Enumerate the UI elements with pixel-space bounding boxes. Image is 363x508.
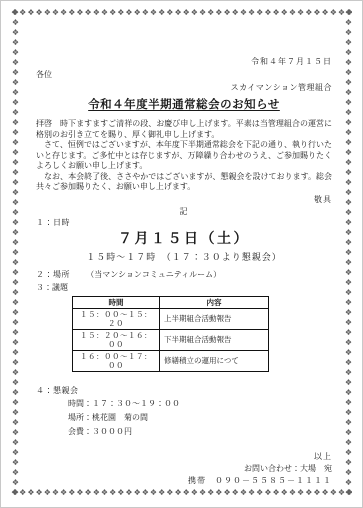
agenda-header-content: 内容 <box>160 296 269 308</box>
section-datetime-label: １：日時 <box>36 218 332 228</box>
section-agenda-label: ３：議題 <box>36 283 332 293</box>
agenda-header-row: 時間 内容 <box>73 296 269 308</box>
issue-date: 令和４年７月１５日 <box>36 57 332 67</box>
greeting-paragraph: 拝啓 時下ますますご清祥の段、お慶び申し上げます。平素は当管理組合の運営に格別の… <box>36 119 332 140</box>
closing-ijou: 以上 <box>36 452 332 462</box>
agenda-table: 時間 内容 １５：００～１５：２０ 上半期組合活動報告 １５：２０～１６：００ … <box>72 296 269 372</box>
agenda-content-cell: 修繕積立の運用につて <box>160 350 269 371</box>
section-konshinkai-label: ４：懇親会 <box>36 386 332 396</box>
agenda-time-cell: １５：２０～１６：００ <box>73 329 160 350</box>
document-page: ❖❖❖❖❖❖❖❖❖❖❖❖❖❖❖❖❖❖❖❖❖❖❖❖❖❖❖❖❖❖❖❖❖❖❖❖❖❖❖❖… <box>0 0 363 508</box>
contact-phone: 携帯 ０９０－５５８５－１１１１ <box>36 476 332 486</box>
sender-organization: スカイマンション管理組合 <box>36 83 332 93</box>
border-ornament-right: ❖❖❖❖❖❖❖❖❖❖❖❖❖❖❖❖❖❖❖❖❖❖❖❖❖❖❖❖❖❖❖❖❖❖❖❖❖❖❖❖… <box>343 8 353 498</box>
agenda-time-cell: １５：００～１５：２０ <box>73 308 160 329</box>
recipient: 各位 <box>36 70 332 80</box>
document-title: 令和４年度半期通常総会のお知らせ <box>36 100 332 110</box>
record-marker: 記 <box>36 207 332 217</box>
letter-body: 拝啓 時下ますますご清祥の段、お慶び申し上げます。平素は当管理組合の運営に格別の… <box>36 119 332 193</box>
konshinkai-time: 時間：１７：３０～１９：００ <box>68 398 332 410</box>
agenda-time-cell: １６：００～１７：００ <box>73 350 160 371</box>
meeting-time: １５時～１７時 （１７：３０より懇親会） <box>36 252 332 262</box>
closing-keigu: 敬具 <box>36 195 332 205</box>
announcement-paragraph: さて、恒例ではございますが、本年度下半期通常総会を下記の通り、執り行いたいと存じ… <box>36 140 332 172</box>
agenda-content-cell: 上半期組合活動報告 <box>160 308 269 329</box>
section-place-label: ２：場所 <box>36 270 70 279</box>
contact-person: お問い合わせ：大場 宛 <box>36 464 332 474</box>
konshinkai-place: 場所：桃花園 菊の間 <box>68 412 332 424</box>
konshinkai-fee: 会費：３０００円 <box>68 426 332 438</box>
meeting-date: ７月１５日（土） <box>36 233 332 243</box>
agenda-content-cell: 下半期組合活動報告 <box>160 329 269 350</box>
table-row: １５：２０～１６：００ 下半期組合活動報告 <box>73 329 269 350</box>
document-content: 令和４年７月１５日 各位 スカイマンション管理組合 令和４年度半期通常総会のお知… <box>36 51 332 483</box>
border-ornament-left: ❖❖❖❖❖❖❖❖❖❖❖❖❖❖❖❖❖❖❖❖❖❖❖❖❖❖❖❖❖❖❖❖❖❖❖❖❖❖❖❖… <box>10 8 20 498</box>
place-venue: （当マンションコミュニティルーム） <box>86 270 221 279</box>
border-ornament-bottom: ❖❖❖❖❖❖❖❖❖❖❖❖❖❖❖❖❖❖❖❖❖❖❖❖❖❖❖❖❖❖❖❖❖❖❖❖❖❖❖❖… <box>11 488 352 498</box>
table-row: １５：００～１５：２０ 上半期組合活動報告 <box>73 308 269 329</box>
agenda-header-time: 時間 <box>73 296 160 308</box>
section-place: ２：場所 （当マンションコミュニティルーム） <box>36 270 332 280</box>
afterparty-paragraph: なお、本会終了後、ささやかではございますが、懇親会を設けております。総会共々ご参… <box>36 172 332 193</box>
table-row: １６：００～１７：００ 修繕積立の運用につて <box>73 350 269 371</box>
border-ornament-top: ❖❖❖❖❖❖❖❖❖❖❖❖❖❖❖❖❖❖❖❖❖❖❖❖❖❖❖❖❖❖❖❖❖❖❖❖❖❖❖❖… <box>11 8 352 18</box>
